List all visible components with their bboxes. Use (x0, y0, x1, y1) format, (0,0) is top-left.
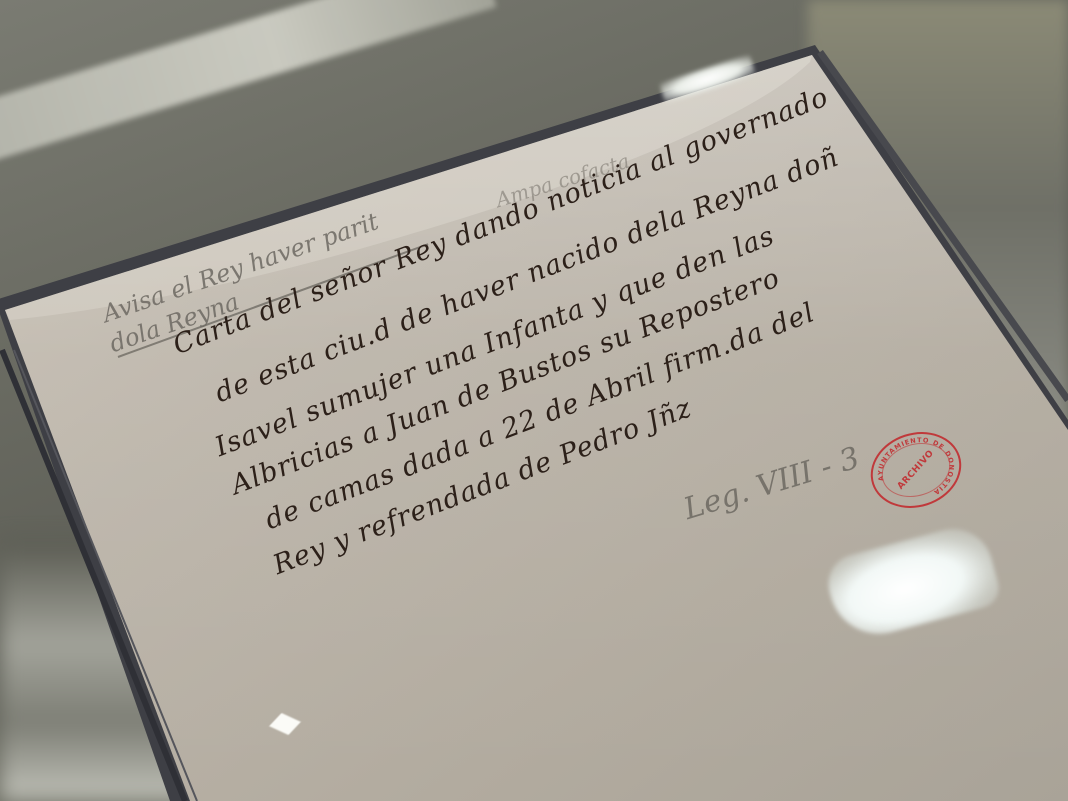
manuscript-page (0, 0, 1068, 801)
